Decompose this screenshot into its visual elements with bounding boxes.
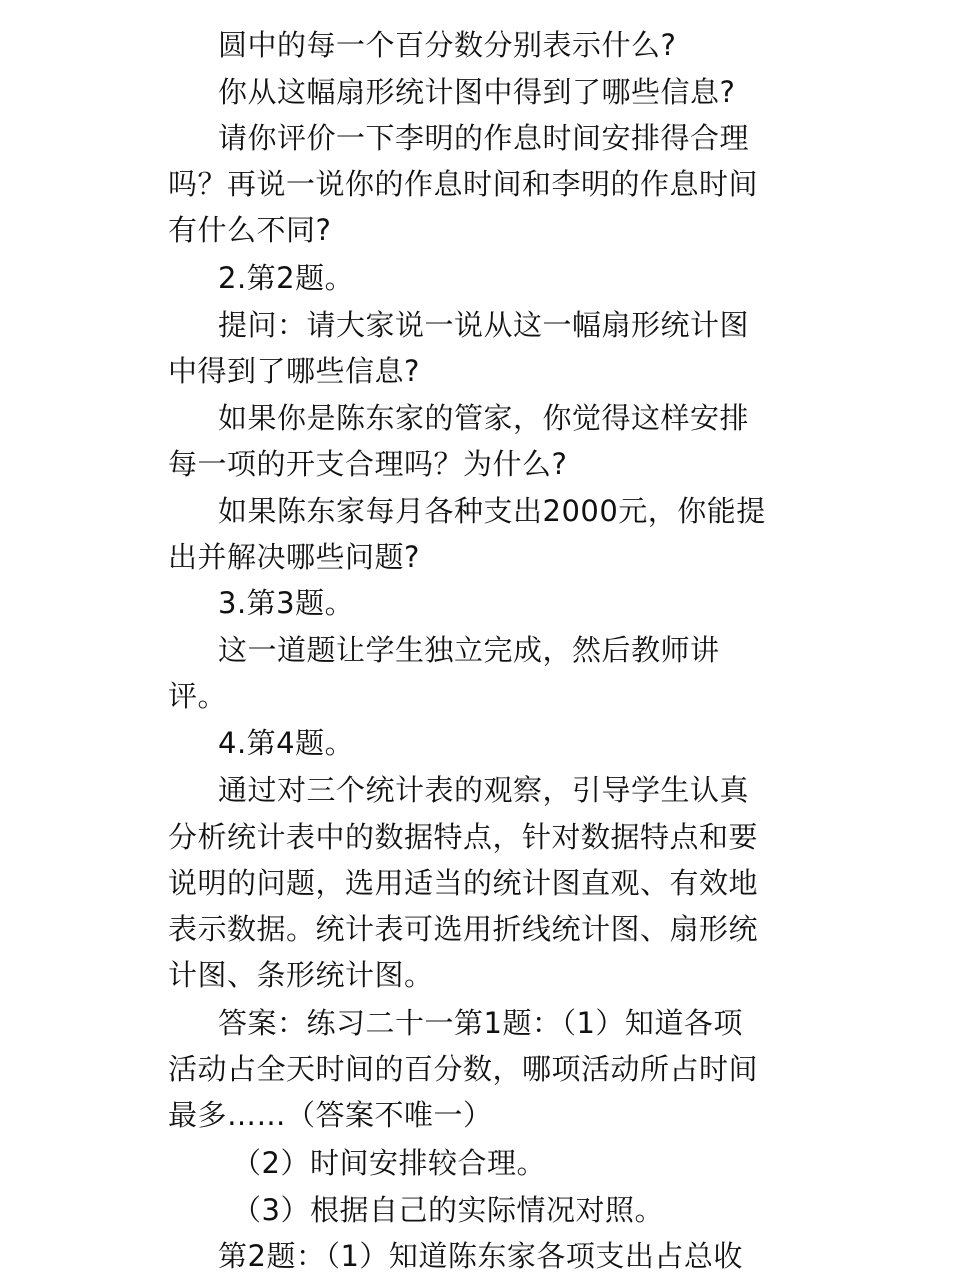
answer-line: 最多……（答案不唯一） [168, 1092, 808, 1138]
text-line: 说明的问题，选用适当的统计图直观、有效地 [168, 860, 808, 906]
text-line: 提问：请大家说一说从这一幅扇形统计图 [218, 302, 858, 348]
section-heading: 4.第4题。 [218, 720, 858, 766]
section-heading: 2.第2题。 [218, 255, 858, 301]
text-line: 通过对三个统计表的观察，引导学生认真 [218, 767, 858, 813]
text-line: 如果你是陈东家的管家，你觉得这样安排 [218, 395, 858, 441]
text-line: 中得到了哪些信息? [168, 348, 808, 394]
text-line: 评。 [168, 673, 808, 719]
document-page: 圆中的每一个百分数分别表示什么? 你从这幅扇形统计图中得到了哪些信息? 请你评价… [0, 0, 960, 1280]
answer-line: 活动占全天时间的百分数，哪项活动所占时间 [168, 1046, 808, 1092]
answer-line: 答案：练习二十一第1题：（1）知道各项 [218, 1000, 858, 1046]
text-line: 请你评价一下李明的作息时间安排得合理 [218, 115, 858, 161]
text-line: 这一道题让学生独立完成，然后教师讲 [218, 627, 858, 673]
answer-line: 第2题：（1）知道陈东家各项支出占总收 [218, 1233, 858, 1279]
text-line: 有什么不同? [168, 207, 808, 253]
text-line: 出并解决哪些问题? [168, 534, 808, 580]
text-line: 吗？再说一说你的作息时间和李明的作息时间 [168, 161, 808, 207]
answer-line: （3）根据自己的实际情况对照。 [232, 1187, 872, 1233]
text-line: 每一项的开支合理吗？为什么? [168, 441, 808, 487]
text-line: 如果陈东家每月各种支出2000元，你能提 [218, 488, 858, 534]
answer-line: （2）时间安排较合理。 [232, 1140, 872, 1186]
text-line: 你从这幅扇形统计图中得到了哪些信息? [218, 69, 858, 115]
text-line: 表示数据。统计表可选用折线统计图、扇形统 [168, 906, 808, 952]
text-line: 分析统计表中的数据特点，针对数据特点和要 [168, 814, 808, 860]
text-line: 圆中的每一个百分数分别表示什么? [218, 22, 858, 68]
text-line: 计图、条形统计图。 [168, 952, 808, 998]
section-heading: 3.第3题。 [218, 580, 858, 626]
